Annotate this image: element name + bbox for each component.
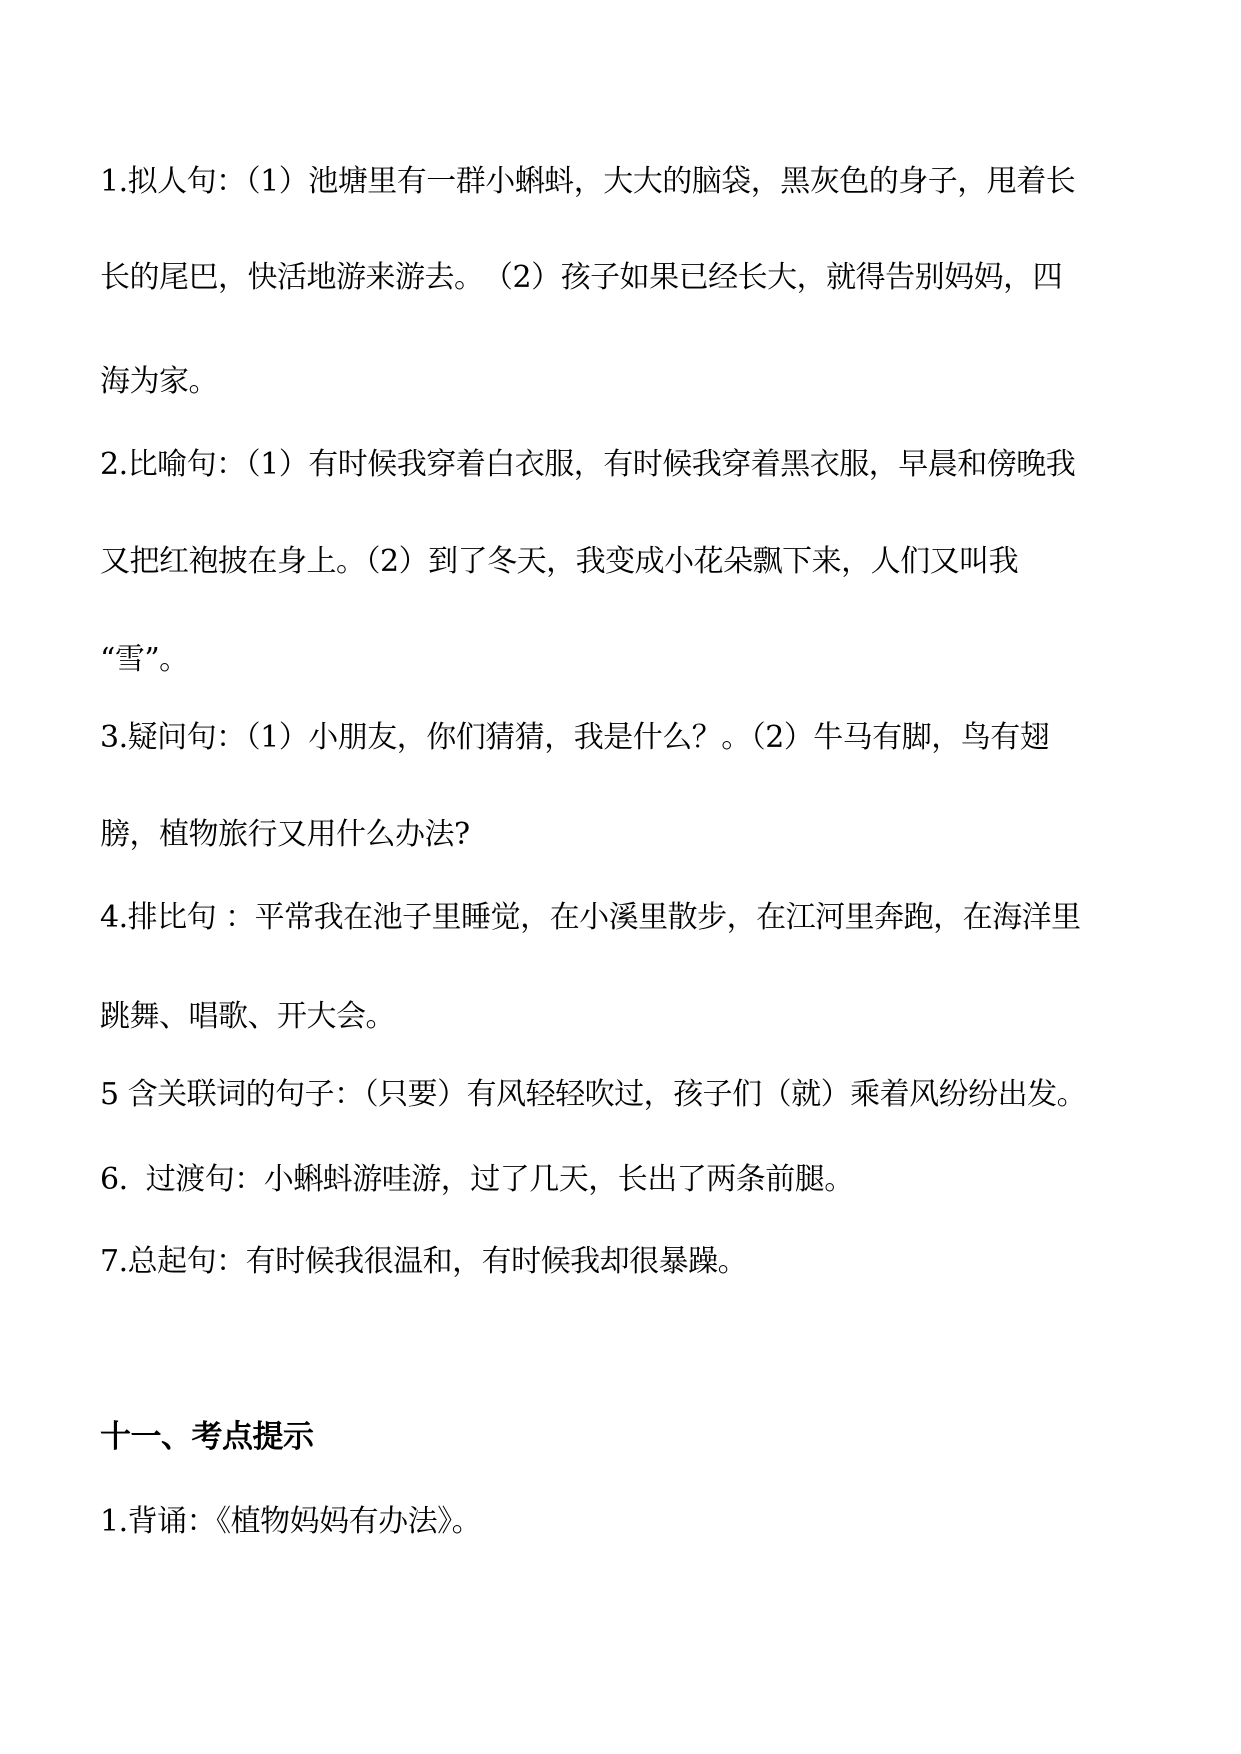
doc-line-conjunction: 5 含关联词的句子：（只要）有风轻轻吹过，孩子们（就）乘着风纷纷出发。 (100, 1078, 1086, 1112)
doc-line-parallelism-2: 跳舞、唱歌、开大会。 (100, 1000, 395, 1034)
doc-line-parallelism-1: 4.排比句 ：平常我在池子里睡觉，在小溪里散步，在江河里奔跑，在海洋里 (100, 901, 1081, 935)
doc-line-question-2: 膀，植物旅行又用什么办法? (100, 818, 470, 852)
doc-line-personification-1: 1.拟人句：（1）池塘里有一群小蝌蚪，大大的脑袋，黑灰色的身子，甩着长 (100, 165, 1075, 199)
doc-line-personification-3: 海为家。 (100, 365, 218, 399)
doc-line-metaphor-2: 又把红袍披在身上。（2）到了冬天，我变成小花朵飘下来，人们又叫我 (100, 545, 1018, 579)
doc-line-personification-2: 长的尾巴，快活地游来游去。 （2）孩子如果已经长大，就得告别妈妈，四 (100, 261, 1062, 295)
doc-line-metaphor-3: “雪”。 (100, 643, 189, 677)
doc-line-metaphor-1: 2.比喻句：（1）有时候我穿着白衣服，有时候我穿着黑衣服，早晨和傍晚我 (100, 448, 1075, 482)
doc-line-question-1: 3.疑问句：（1）小朋友，你们猜猜，我是什么？。（2）牛马有脚，鸟有翅 (100, 721, 1049, 755)
doc-line-transition: 6. 过渡句：小蝌蚪游哇游，过了几天，长出了两条前腿。 (100, 1163, 854, 1197)
doc-line-topic-sentence: 7.总起句：有时候我很温和，有时候我却很暴躁。 (100, 1245, 747, 1279)
section-heading: 十一、考点提示 (100, 1420, 314, 1454)
doc-line-recitation: 1.背诵：《植物妈妈有办法》。 (100, 1505, 481, 1539)
document-page: 1.拟人句：（1）池塘里有一群小蝌蚪，大大的脑袋，黑灰色的身子，甩着长 长的尾巴… (0, 0, 1241, 1754)
